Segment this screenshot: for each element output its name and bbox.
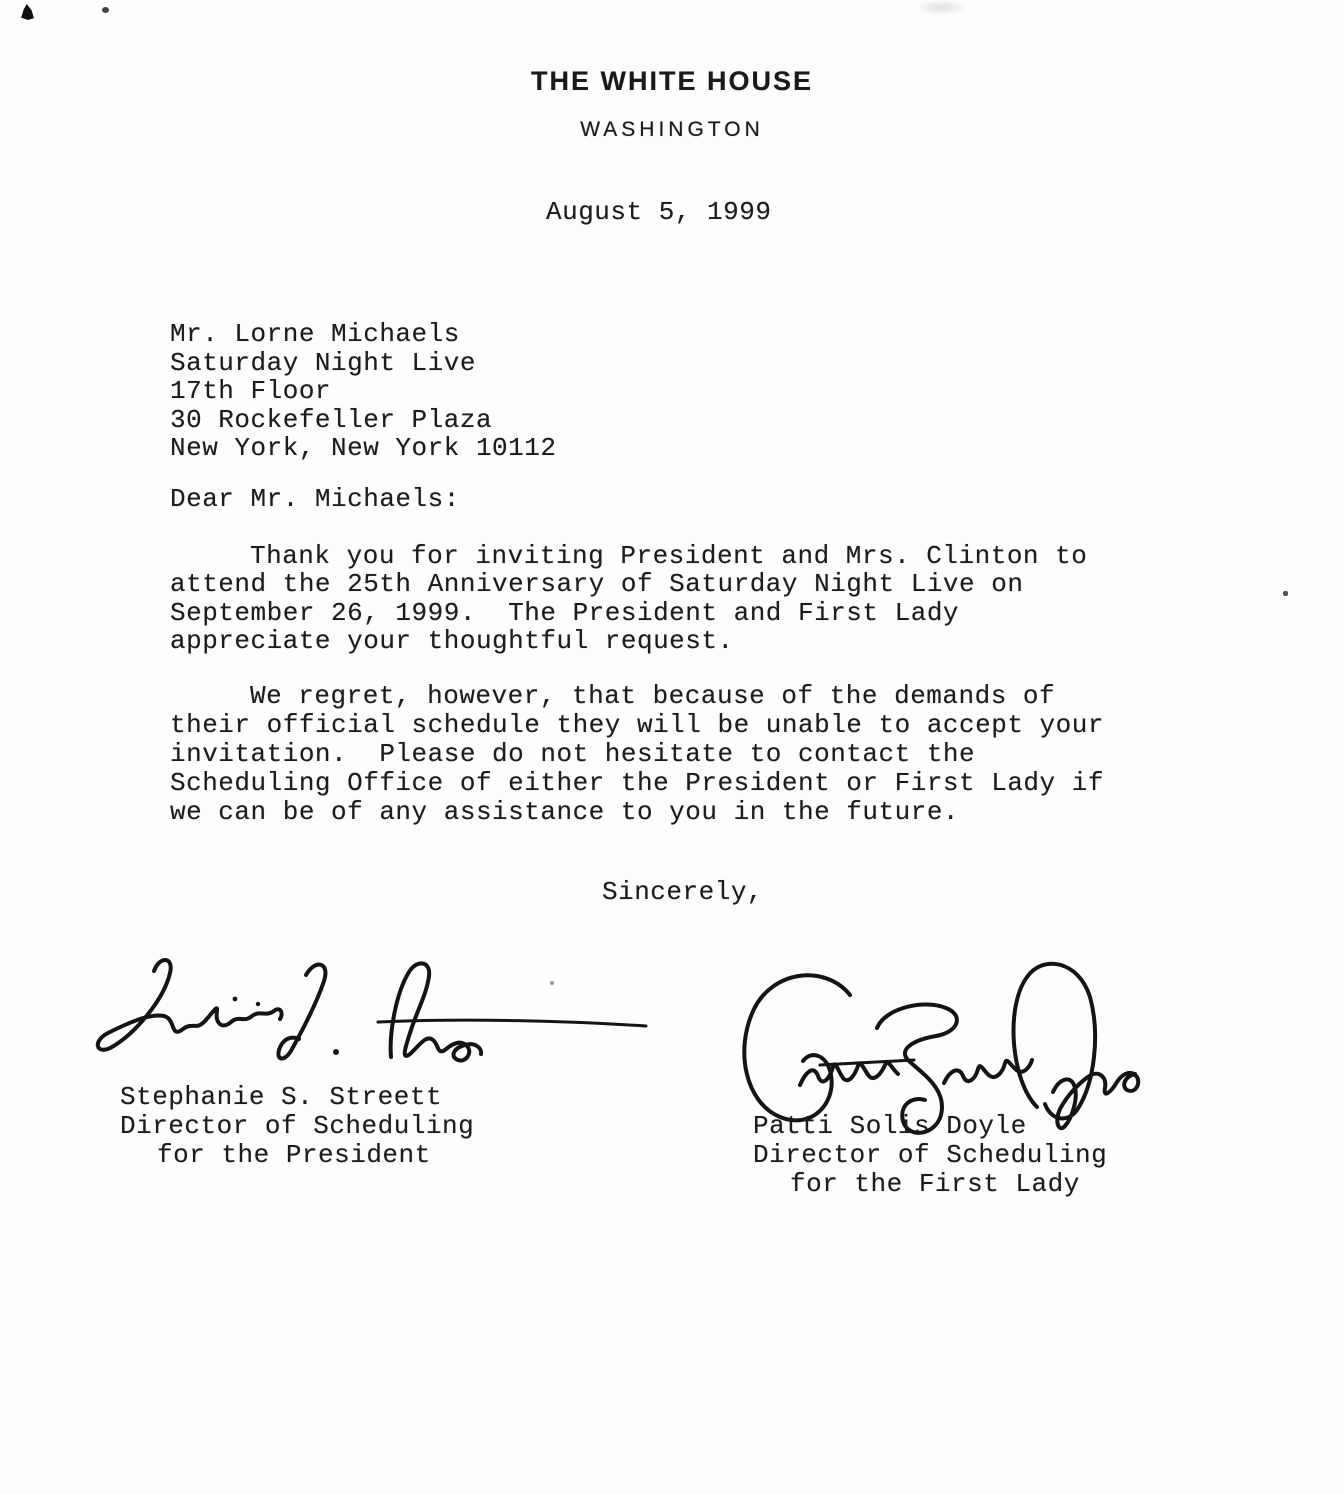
letterhead-title: THE WHITE HOUSE <box>0 68 1344 95</box>
recipient-line: 17th Floor <box>170 378 331 404</box>
body-line: September 26, 1999. The President and Fi… <box>170 600 959 626</box>
recipient-line: Saturday Night Live <box>170 350 476 376</box>
body-line: we can be of any assistance to you in th… <box>170 799 959 825</box>
body-line: We regret, however, that because of the … <box>170 683 1055 709</box>
stephanie-streett-signature <box>90 953 648 1085</box>
recipient-line: 30 Rockefeller Plaza <box>170 407 492 433</box>
signer-title: Director of Scheduling <box>753 1142 1107 1168</box>
recipient-line: Mr. Lorne Michaels <box>170 321 460 347</box>
body-line: attend the 25th Anniversary of Saturday … <box>170 571 1023 597</box>
scan-artifact-smudge <box>918 0 966 15</box>
body-line: invitation. Please do not hesitate to co… <box>170 741 975 767</box>
scan-artifact-mark <box>20 4 34 20</box>
scanned-letter-page: THE WHITE HOUSE WASHINGTON August 5, 199… <box>0 0 1344 1494</box>
signer-name: Patti Solis Doyle <box>753 1113 1027 1139</box>
letter-date: August 5, 1999 <box>546 199 771 225</box>
scan-artifact-dot <box>102 7 109 13</box>
signer-name: Stephanie S. Streett <box>120 1084 442 1110</box>
salutation: Dear Mr. Michaels: <box>170 486 460 512</box>
scan-artifact-speck <box>1283 591 1288 596</box>
body-line: appreciate your thoughtful request. <box>170 628 734 654</box>
letterhead-city: WASHINGTON <box>0 119 1344 140</box>
closing: Sincerely, <box>602 879 763 905</box>
signer-title2: for the President <box>120 1142 431 1168</box>
body-line: their official schedule they will be una… <box>170 712 1104 738</box>
body-line: Scheduling Office of either the Presiden… <box>170 770 1104 796</box>
body-line: Thank you for inviting President and Mrs… <box>170 543 1087 569</box>
signer-title: Director of Scheduling <box>120 1113 474 1139</box>
signer-title2: for the First Lady <box>753 1171 1080 1197</box>
recipient-line: New York, New York 10112 <box>170 435 556 461</box>
